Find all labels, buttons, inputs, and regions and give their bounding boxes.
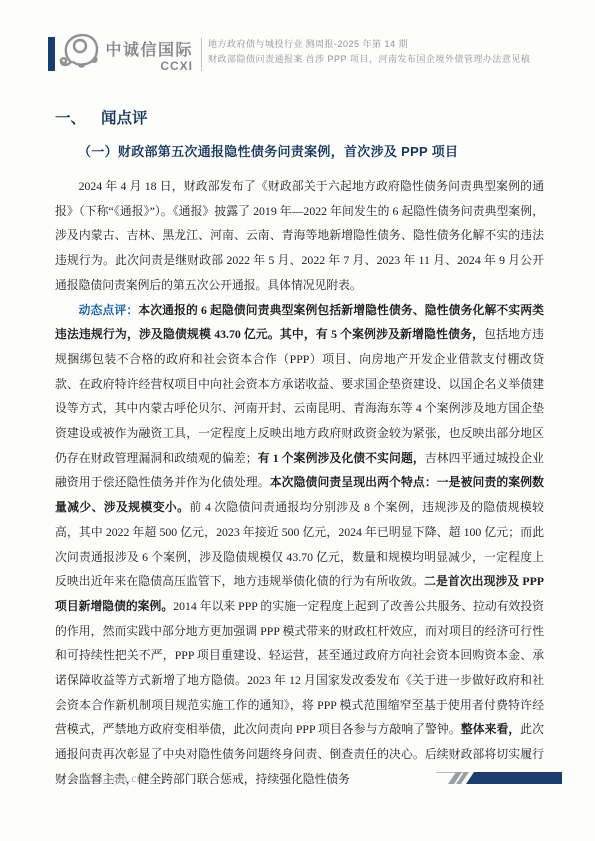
- report-page: 中诚信国际 CCXI 地方政府债与城投行业 测周报-2025 年第 14 期 财…: [0, 0, 595, 841]
- text-run: 整体来看，: [461, 722, 520, 736]
- header-info-line2: 财政部隐债问责通报案 首涉 PPP 项目，河南发布国企境外债管理办法意见稿: [208, 52, 530, 67]
- subsection-heading: （一）财政部第五次通报隐性债务问责案例，首次涉及 PPP 项目: [78, 141, 458, 160]
- ccxi-elephant-logo-icon: [57, 27, 103, 75]
- headline-left: 财政部隐债问责通报案: [208, 52, 303, 67]
- section-number: 一、: [55, 110, 86, 127]
- brand-text-block: 中诚信国际 CCXI: [101, 42, 193, 73]
- brand-name-chinese: 中诚信国际: [101, 42, 193, 60]
- footer-ribbon-graphic: [436, 769, 568, 789]
- section-heading: 一、闻点评: [55, 106, 148, 128]
- headline-right: 首涉 PPP 项目，河南发布国企境外债管理办法意见稿: [306, 54, 531, 64]
- header-info-line1: 地方政府债与城投行业 测周报-2025 年第 14 期: [208, 37, 530, 52]
- section-title: 闻点评: [101, 110, 148, 127]
- text-run: 包括地方违规捆绑包装不合格的政府和社会资本合作（PPP）项目、向房地产开发企业借…: [55, 327, 544, 465]
- comment-label: 动态点评：: [79, 303, 139, 317]
- text-run: 有 1 个案例涉及化债不实问题，: [258, 451, 425, 465]
- header-info: 地方政府债与城投行业 测周报-2025 年第 14 期 财政部隐债问责通报案 首…: [208, 37, 530, 66]
- footer-url[interactable]: w w.ccxi.com.cn: [55, 773, 143, 785]
- paragraph: 动态点评：本次通报的 6 起隐债问责典型案例包括新增隐性债务、隐性债务化解不实两…: [55, 298, 544, 792]
- text-run: 2014 年以来 PPP 的实施一定程度上起到了改善公共服务、拉动有效投资的作用…: [55, 599, 544, 737]
- brand-accent-bar: [48, 37, 55, 71]
- report-issue: 测周报-2025 年第 14 期: [306, 39, 409, 49]
- paragraph: 2024 年 4 月 18 日，财政部发布了《财政部关于六起地方政府隐性债务问责…: [55, 174, 544, 298]
- report-category: 地方政府债与城投行业: [208, 37, 303, 52]
- article-body: 2024 年 4 月 18 日，财政部发布了《财政部关于六起地方政府隐性债务问责…: [55, 174, 544, 792]
- text-run: 2024 年 4 月 18 日，财政部发布了《财政部关于六起地方政府隐性债务问责…: [55, 179, 544, 292]
- brand-name-english: CCXI: [101, 60, 193, 73]
- header-divider: [201, 38, 202, 71]
